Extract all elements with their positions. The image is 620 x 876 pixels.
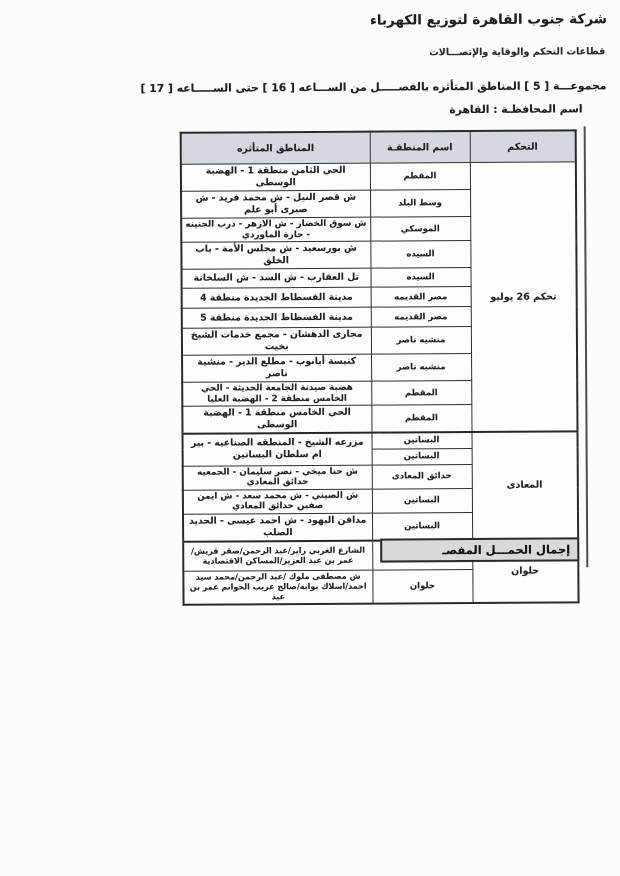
header-control: التحكم <box>470 130 576 162</box>
control-cell: المعادى <box>472 431 579 539</box>
affected-areas-cell: مدينة الفسطاط الجديدة منطقة 5 <box>182 307 371 328</box>
table-header-row: التحكم اسم المنطقـة المناطق المتأثره <box>181 130 576 164</box>
affected-areas-cell: كنيسة أبانوب - مطلع الدير - منشية ناصر <box>182 354 371 382</box>
table-row: تحكم 26 يوليوالمقطمالحي الثامن منطقة 1 -… <box>181 162 576 191</box>
affected-areas-cell: مدافن اليهود - ش احمد عيسى - الحديد الصل… <box>183 513 372 542</box>
group-schedule-line: مجموعـــة [ 5 ] المناطق المتأثره بالفصــ… <box>140 79 606 95</box>
area-name-cell: المقطم <box>371 405 471 433</box>
affected-areas-cell: ش بورسعيد - ش مجلس الأمة - باب الخلق <box>181 241 370 269</box>
company-title: شركة جنوب القاهرة لتوزيع الكهرباء <box>370 11 607 28</box>
area-name-cell: المقطم <box>370 163 470 191</box>
area-name-cell: الموسكي <box>370 217 470 242</box>
affected-areas-cell: الشارع الغربي رايز/عبد الرحمن/صقر قريش/ع… <box>183 540 372 571</box>
area-name-cell: السيده <box>370 268 470 288</box>
area-name-cell: البساتين <box>372 488 472 513</box>
area-name-cell: البساتين <box>372 432 472 449</box>
area-name-cell: حلوان <box>372 570 472 604</box>
affected-areas-cell: الحي الثامن منطقة 1 - الهضبة الوسطى <box>181 163 370 191</box>
table-outer-double-border <box>584 126 589 567</box>
header-area-name: اسم المنطقـة <box>370 131 470 163</box>
area-name-cell: مصر القديمه <box>371 307 471 328</box>
outage-areas-table: التحكم اسم المنطقـة المناطق المتأثره تحك… <box>180 129 580 605</box>
affected-areas-cell: الحي الخامس منطقة 1 - الهضبة الوسطى <box>182 405 371 434</box>
document-sheet: شركة جنوب القاهرة لتوزيع الكهرباء قطاعات… <box>0 0 620 876</box>
scanned-document-page: شركة جنوب القاهرة لتوزيع الكهرباء قطاعات… <box>0 0 620 876</box>
affected-areas-cell: ش حنا ميخي - نصر سليمان - الجمعيه حدائق … <box>183 465 372 490</box>
area-name-cell: حدائق المعادى <box>372 464 472 489</box>
affected-areas-cell: ش مصطفى ملوك /عبد الرحمن/محمد سيد احمد/ا… <box>183 570 372 605</box>
affected-areas-cell: مزرعه الشيخ - المنطقه الصناعيه - بير ام … <box>183 433 372 466</box>
affected-areas-cell: هضبة صيدنة الجامعة الحديثة - الحي الخامس… <box>182 381 371 406</box>
area-name-cell: منشيه ناصر <box>371 327 471 355</box>
affected-areas-cell: مجارى الدهشان - مجمع خدمات الشيخ بخيت <box>182 327 371 355</box>
affected-areas-cell: مدينة الفسطاط الجديدة منطقة 4 <box>182 287 371 308</box>
table-row: المعادىالبساتينمزرعه الشيخ - المنطقه الص… <box>183 431 578 449</box>
header-affected-areas: المناطق المتأثره <box>181 132 370 165</box>
area-name-cell: البساتين <box>372 512 472 540</box>
affected-areas-cell: ش الصيني - ش محمد سعد - ش ايمن صفين حدائ… <box>183 489 372 514</box>
sector-subtitle: قطاعات التحكم والوقاية والإتصـــالات <box>429 46 605 58</box>
total-disconnected-load-label: إجمال الحمـــل المفصـ <box>380 537 579 562</box>
affected-areas-cell: ش سوق الخضار - ش الازهر - درب الجنينه - … <box>181 217 370 242</box>
area-name-cell: المقطم <box>371 381 471 406</box>
governorate-line: اسم المحافظـة : القاهرة <box>449 102 582 116</box>
area-name-cell: البساتين <box>372 448 472 465</box>
control-cell: تحكم 26 يوليو <box>470 162 578 432</box>
area-name-cell: وسط البلد <box>370 190 470 218</box>
area-name-cell: السيده <box>370 241 470 269</box>
affected-areas-cell: تل العقارب - ش السد - ش السلخانة <box>182 268 371 288</box>
area-name-cell: منشيه ناصر <box>371 354 471 382</box>
affected-areas-cell: ش قصر النيل - ش محمد فريد - ش صبرى أبو ع… <box>181 190 370 218</box>
area-name-cell: مصر القديمه <box>371 287 471 308</box>
